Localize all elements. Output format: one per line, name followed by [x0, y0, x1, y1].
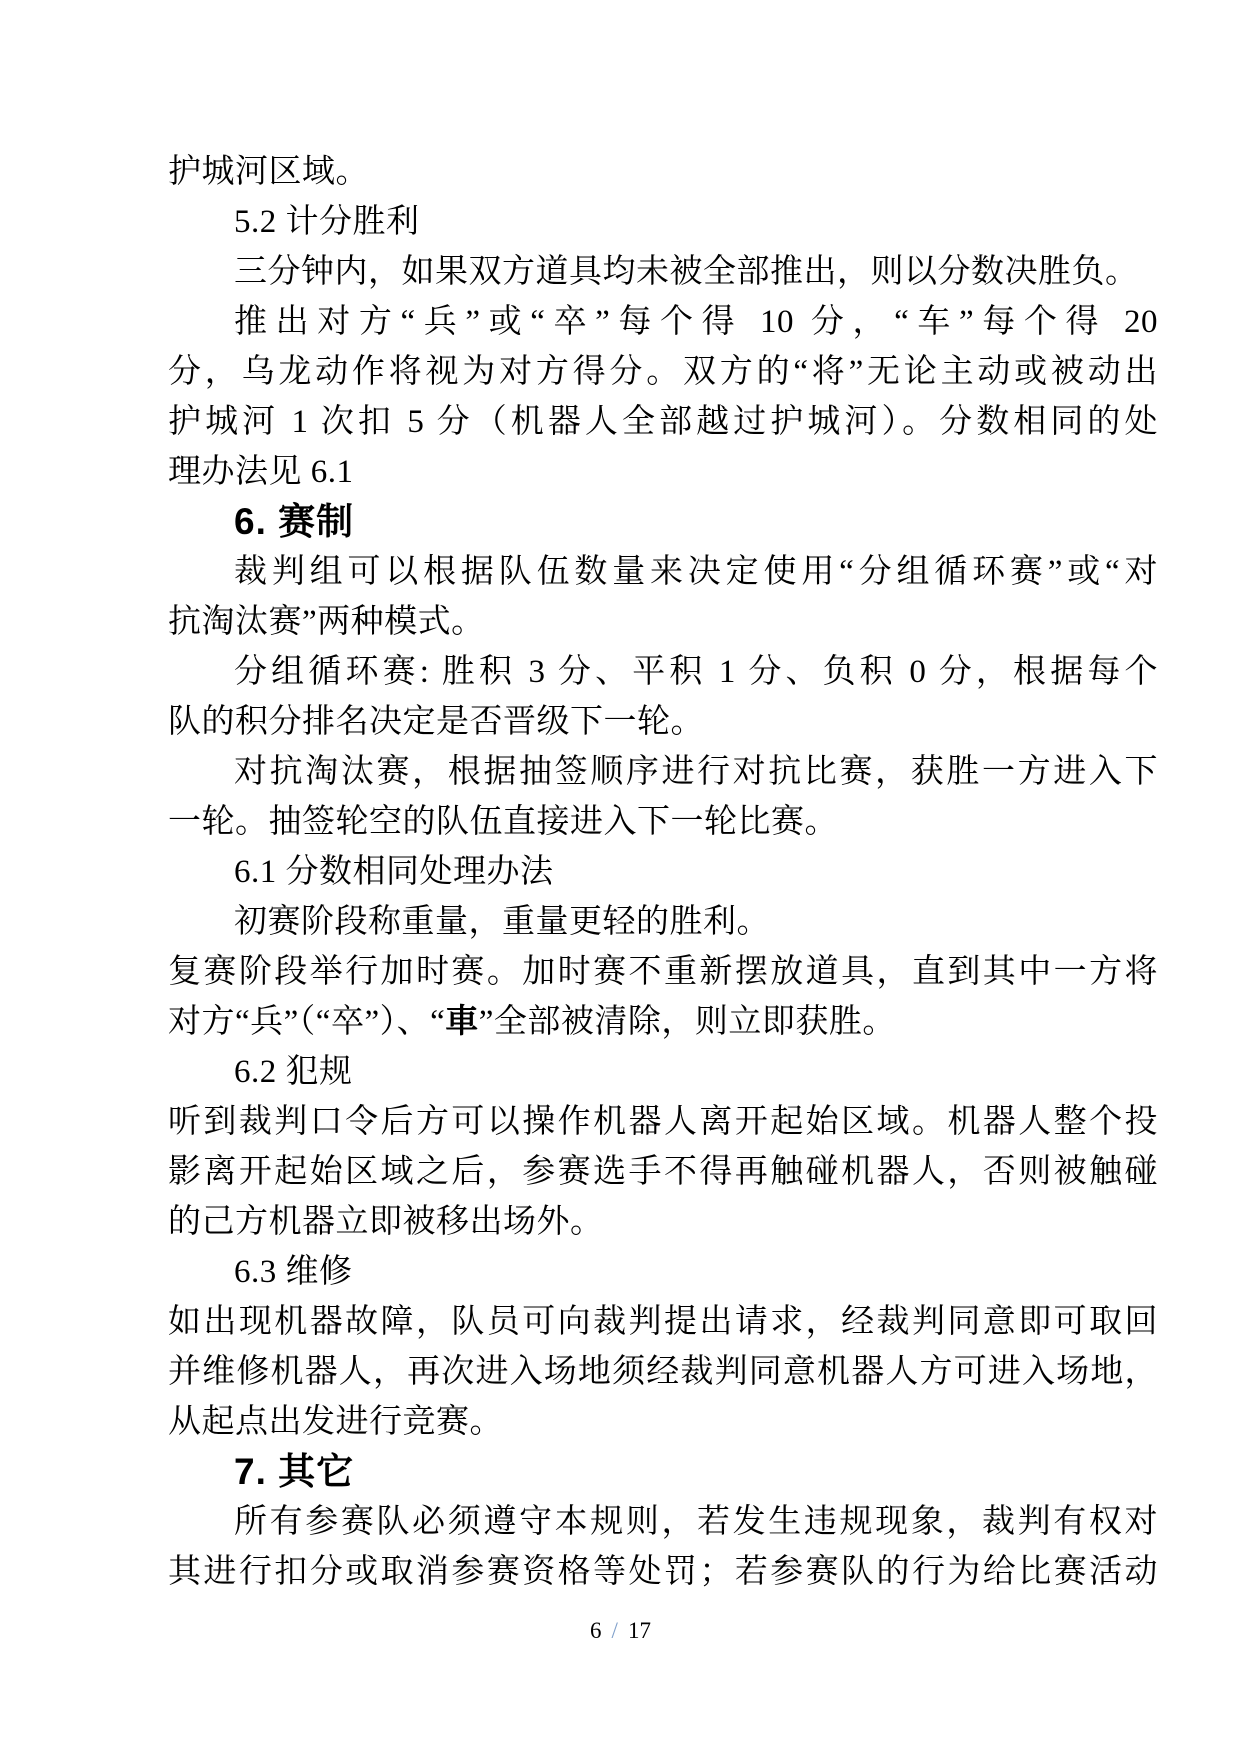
text-run: 三分钟内，如果双方道具均未被全部推出，则以分数决胜负。 — [234, 254, 1139, 290]
doc-line: 护城河区域。 — [168, 147, 1158, 197]
doc-line: 抗淘汰赛”两种模式。 — [168, 597, 1158, 647]
text-run: 队的积分排名决定是否晋级下一轮。 — [168, 704, 704, 740]
doc-line: 分组循环赛: 胜积 3 分、平积 1 分、负积 0 分，根据每个 — [168, 647, 1158, 697]
doc-line: 复赛阶段举行加时赛。加时赛不重新摆放道具，直到其中一方将 — [168, 947, 1158, 997]
text-run: 影离开起始区域之后，参赛选手不得再触碰机器人，否则被触碰 — [168, 1154, 1158, 1190]
doc-line: 三分钟内，如果双方道具均未被全部推出，则以分数决胜负。 — [168, 247, 1158, 297]
doc-line: 如出现机器故障，队员可向裁判提出请求，经裁判同意即可取回 — [168, 1297, 1158, 1347]
bold-chess-piece-text: 車 — [445, 1004, 479, 1040]
doc-line: 5.2 计分胜利 — [168, 197, 1158, 247]
text-run: 从起点出发进行竞赛。 — [168, 1404, 503, 1440]
text-run: 的己方机器立即被移出场外。 — [168, 1204, 604, 1240]
doc-line: 理办法见 6.1 — [168, 447, 1158, 497]
text-run: 一轮。抽签轮空的队伍直接进入下一轮比赛。 — [168, 804, 838, 840]
text-run: 6. 赛制 — [234, 501, 354, 542]
text-run: 其进行扣分或取消参赛资格等处罚；若参赛队的行为给比赛活动 — [168, 1554, 1158, 1590]
doc-line: 的己方机器立即被移出场外。 — [168, 1197, 1158, 1247]
doc-line: 6.3 维修 — [168, 1247, 1158, 1297]
footer-page-number: 6 — [590, 1618, 602, 1643]
text-run: 护城河区域。 — [168, 154, 369, 190]
text-run: 护城河 1 次扣 5 分（机器人全部越过护城河）。分数相同的处 — [168, 404, 1158, 440]
text-run: 如出现机器故障，队员可向裁判提出请求，经裁判同意即可取回 — [168, 1304, 1158, 1340]
text-run: 所有参赛队必须遵守本规则，若发生违规现象，裁判有权对 — [234, 1504, 1158, 1540]
text-run: 并维修机器人，再次进入场地须经裁判同意机器人方可进入场地， — [168, 1354, 1158, 1390]
doc-line: 推出对方“兵”或“卒”每个得 10 分，“车”每个得 20 — [168, 297, 1158, 347]
document-page: 护城河区域。5.2 计分胜利三分钟内，如果双方道具均未被全部推出，则以分数决胜负… — [0, 0, 1241, 1754]
text-run: 分，乌龙动作将视为对方得分。双方的“将”无论主动或被动出 — [168, 354, 1158, 390]
doc-line: 从起点出发进行竞赛。 — [168, 1397, 1158, 1447]
doc-line: 对方“兵”（“卒”）、“車”全部被清除，则立即获胜。 — [168, 997, 1158, 1047]
footer-separator: / — [602, 1618, 628, 1643]
doc-line: 听到裁判口令后方可以操作机器人离开起始区域。机器人整个投 — [168, 1097, 1158, 1147]
text-run: 听到裁判口令后方可以操作机器人离开起始区域。机器人整个投 — [168, 1104, 1158, 1140]
footer-page-total: 17 — [628, 1618, 651, 1643]
doc-line: 队的积分排名决定是否晋级下一轮。 — [168, 697, 1158, 747]
doc-line: 护城河 1 次扣 5 分（机器人全部越过护城河）。分数相同的处 — [168, 397, 1158, 447]
text-run: 裁判组可以根据队伍数量来决定使用“分组循环赛”或“对 — [234, 554, 1158, 590]
text-run: ”全部被清除，则立即获胜。 — [479, 1004, 896, 1040]
section-heading: 6. 赛制 — [168, 497, 1158, 547]
text-run: 5.2 计分胜利 — [234, 204, 420, 240]
doc-line: 对抗淘汰赛，根据抽签顺序进行对抗比赛，获胜一方进入下 — [168, 747, 1158, 797]
doc-line: 影离开起始区域之后，参赛选手不得再触碰机器人，否则被触碰 — [168, 1147, 1158, 1197]
text-run: 6.2 犯规 — [234, 1054, 353, 1090]
text-run: 分组循环赛: 胜积 3 分、平积 1 分、负积 0 分，根据每个 — [234, 654, 1158, 690]
doc-line: 所有参赛队必须遵守本规则，若发生违规现象，裁判有权对 — [168, 1497, 1158, 1547]
text-run: 对抗淘汰赛，根据抽签顺序进行对抗比赛，获胜一方进入下 — [234, 754, 1158, 790]
text-run: 对方“兵”（“卒”）、“ — [168, 1004, 445, 1040]
doc-line: 6.1 分数相同处理办法 — [168, 847, 1158, 897]
section-heading: 7. 其它 — [168, 1447, 1158, 1497]
text-run: 理办法见 6.1 — [168, 454, 354, 490]
text-run: 推出对方“兵”或“卒”每个得 10 分，“车”每个得 20 — [234, 304, 1158, 340]
doc-line: 6.2 犯规 — [168, 1047, 1158, 1097]
doc-line: 初赛阶段称重量，重量更轻的胜利。 — [168, 897, 1158, 947]
doc-line: 分，乌龙动作将视为对方得分。双方的“将”无论主动或被动出 — [168, 347, 1158, 397]
text-run: 7. 其它 — [234, 1451, 354, 1492]
text-run: 复赛阶段举行加时赛。加时赛不重新摆放道具，直到其中一方将 — [168, 954, 1158, 990]
doc-line: 一轮。抽签轮空的队伍直接进入下一轮比赛。 — [168, 797, 1158, 847]
text-run: 6.3 维修 — [234, 1254, 353, 1290]
document-body: 护城河区域。5.2 计分胜利三分钟内，如果双方道具均未被全部推出，则以分数决胜负… — [168, 147, 1158, 1597]
doc-line: 并维修机器人，再次进入场地须经裁判同意机器人方可进入场地， — [168, 1347, 1158, 1397]
doc-line: 裁判组可以根据队伍数量来决定使用“分组循环赛”或“对 — [168, 547, 1158, 597]
doc-line: 其进行扣分或取消参赛资格等处罚；若参赛队的行为给比赛活动 — [168, 1547, 1158, 1597]
text-run: 初赛阶段称重量，重量更轻的胜利。 — [234, 904, 770, 940]
text-run: 抗淘汰赛”两种模式。 — [168, 604, 485, 640]
page-footer: 6/17 — [0, 1616, 1241, 1646]
text-run: 6.1 分数相同处理办法 — [234, 854, 554, 890]
